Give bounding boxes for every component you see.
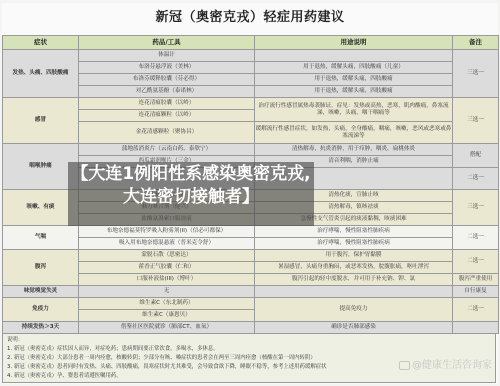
header-symptom: 症状	[3, 36, 79, 50]
usage-cell: 确诊是否肺部感染	[255, 322, 453, 334]
symptom-cell: 免疫力	[3, 298, 79, 322]
drug-cell: 口服补液盐(III)（博叶）	[79, 274, 255, 286]
table-row: 味觉嗅觉失灵 无 自行康复	[3, 286, 499, 298]
drug-cell: 布洛芬悬浮液（美林）	[79, 62, 255, 74]
note-cell: 三选一	[453, 190, 499, 226]
usage-cell: 提高免疫力	[255, 298, 453, 322]
symptom-cell: 味觉嗅觉失灵	[3, 286, 79, 298]
table-row: 腹泻 蒙脱石散（思密达） 用于腹泻，保护胃黏膜 二选一	[3, 250, 499, 262]
usage-cell: 缓解流行性感冒症状，如发热，头痛，全身酸痛，咽痛，咳嗽，恶风或恶寒或鼻塞流涕等	[255, 122, 453, 144]
note-cell: 二选一	[453, 250, 499, 274]
drug-cell: 金花清感颗粒（聚协昌）	[79, 122, 255, 144]
usage-cell: 用于腹泻，保护胃黏膜	[255, 250, 453, 262]
drug-cell: 借鉴社区医院就诊（肺部CT、血氧）	[79, 322, 255, 334]
drug-cell: 维生素C（康恩贝）	[79, 310, 255, 322]
usage-cell: 治疗流行性感冒属热毒袭肺证，症见：发热或高热，恶寒，肌肉酸痛，鼻塞流涕，咳嗽，头…	[255, 98, 453, 122]
note-cell	[453, 322, 499, 334]
note-cell: 自行康复	[453, 286, 499, 298]
usage-cell: 用于退热，缓解头痛，四肢酸痛	[255, 86, 453, 98]
drug-cell: 对乙酰氨基酚（泰诺林）	[79, 86, 255, 98]
drug-cell: 布洛芬缓释胶囊（芬必得）	[79, 74, 255, 86]
usage-cell: 清热解毒，抗炎消肿，用于疖肿，咽炎，扁桃体炎	[255, 144, 453, 156]
symptom-cell: 气喘	[3, 226, 79, 250]
table-row: 气喘 布地奈德福莫特罗吸入粉雾剂(II)（信必可都保） 治疗哮喘，慢性阻塞性肺疾…	[3, 226, 499, 238]
note-cell: 腹泻严重使用	[453, 274, 499, 286]
note-cell: 二选一	[453, 168, 499, 190]
usage-cell: 治疗哮喘，慢性阻塞性肺疾病	[255, 238, 453, 250]
camera-icon	[399, 361, 410, 370]
table-row: 免疫力 维生素C（东北制药） 提高免疫力 二选一	[3, 298, 499, 310]
header-drug: 药品/工具	[79, 36, 255, 50]
usage-cell: 用于退热，缓解头痛，四肢酸痛（儿童）	[255, 62, 453, 74]
usage-cell: 治疗哮喘，慢性阻塞性肺疾病	[255, 226, 453, 238]
symptom-cell: 感冒	[3, 98, 79, 144]
table-row: 感冒 连花清瘟胶囊（以岭） 治疗流行性感冒属热毒袭肺证，症见：发热或高热，恶寒，…	[3, 98, 499, 110]
drug-cell: 连花清瘟胶囊（以岭）	[79, 98, 255, 110]
usage-cell: 腹泻引起的轻中度脱水，并可用于补充钠、钾、氯	[255, 274, 453, 286]
table-header-row: 症状 药品/工具 用途说明 备注	[3, 36, 499, 50]
watermark-text: @健康生活咨询家	[412, 360, 492, 371]
table-row: 咽喉肿痛 蒲地蓝消炎片（云南白药、泰欣宁） 清热解毒，抗炎消肿，用于疖肿，咽炎，…	[3, 144, 499, 156]
drug-cell: 布地奈德福莫特罗吸入粉雾剂(II)（信必可都保）	[79, 226, 255, 238]
note-cell: 二选一	[453, 226, 499, 250]
symptom-cell: 腹泻	[3, 250, 79, 286]
usage-cell	[255, 286, 453, 298]
symptom-cell: 持续发热＞3天	[3, 322, 79, 334]
header-usage: 用途说明	[255, 36, 453, 50]
drug-cell: 维生素C（东北制药）	[79, 298, 255, 310]
usage-cell: 暑湿感冒，头痛身重胸闷，或恶寒发热，脘腹胀痛，呕吐泄泻	[255, 262, 453, 274]
watermark: @健康生活咨询家	[399, 356, 492, 371]
drug-cell: 无	[79, 286, 255, 298]
headline-overlay-text: 【大连1例阳性系感染奥密克戎,大连密切接触者】	[68, 163, 314, 209]
usage-cell	[255, 50, 453, 62]
explanation-line: 4. 新冠（奥密克戎）孕、婴患者请遵医嘱用药。	[7, 372, 491, 381]
page-title: 新冠（奥密克戎）轻症用药建议	[2, 3, 498, 33]
explanation-heading: 说明：	[7, 336, 491, 345]
drug-cell: 藿香正气胶囊（仁和）	[79, 262, 255, 274]
symptom-cell: 发热、头痛、四肢酸痛	[3, 50, 79, 98]
header-note: 备注	[453, 36, 499, 50]
note-cell: 三选一	[453, 50, 499, 98]
table-row: 发热、头痛、四肢酸痛 体温计 三选一	[3, 50, 499, 62]
note-cell: 搭配	[453, 144, 499, 168]
usage-cell: 用于退热，缓解头痛，四肢酸痛	[255, 74, 453, 86]
table-row: 持续发热＞3天 借鉴社区医院就诊（肺部CT、血氧） 确诊是否肺部感染	[3, 322, 499, 334]
note-cell: 二选一	[453, 298, 499, 322]
drug-cell: 吸入用布地奈德混悬液（普米克令舒）	[79, 238, 255, 250]
drug-cell: 连花清瘟颗粒（以岭）	[79, 110, 255, 122]
drug-cell: 体温计	[79, 50, 255, 62]
explanation-line: 1. 新冠（奥密克戎）症状因人而异，对症吃药；患病期间要正常饮食，多喝水，多休息…	[7, 345, 491, 354]
drug-cell: 蒲地蓝消炎片（云南白药、泰欣宁）	[79, 144, 255, 156]
note-cell: 三选一	[453, 98, 499, 144]
drug-cell: 蒙脱石散（思密达）	[79, 250, 255, 262]
